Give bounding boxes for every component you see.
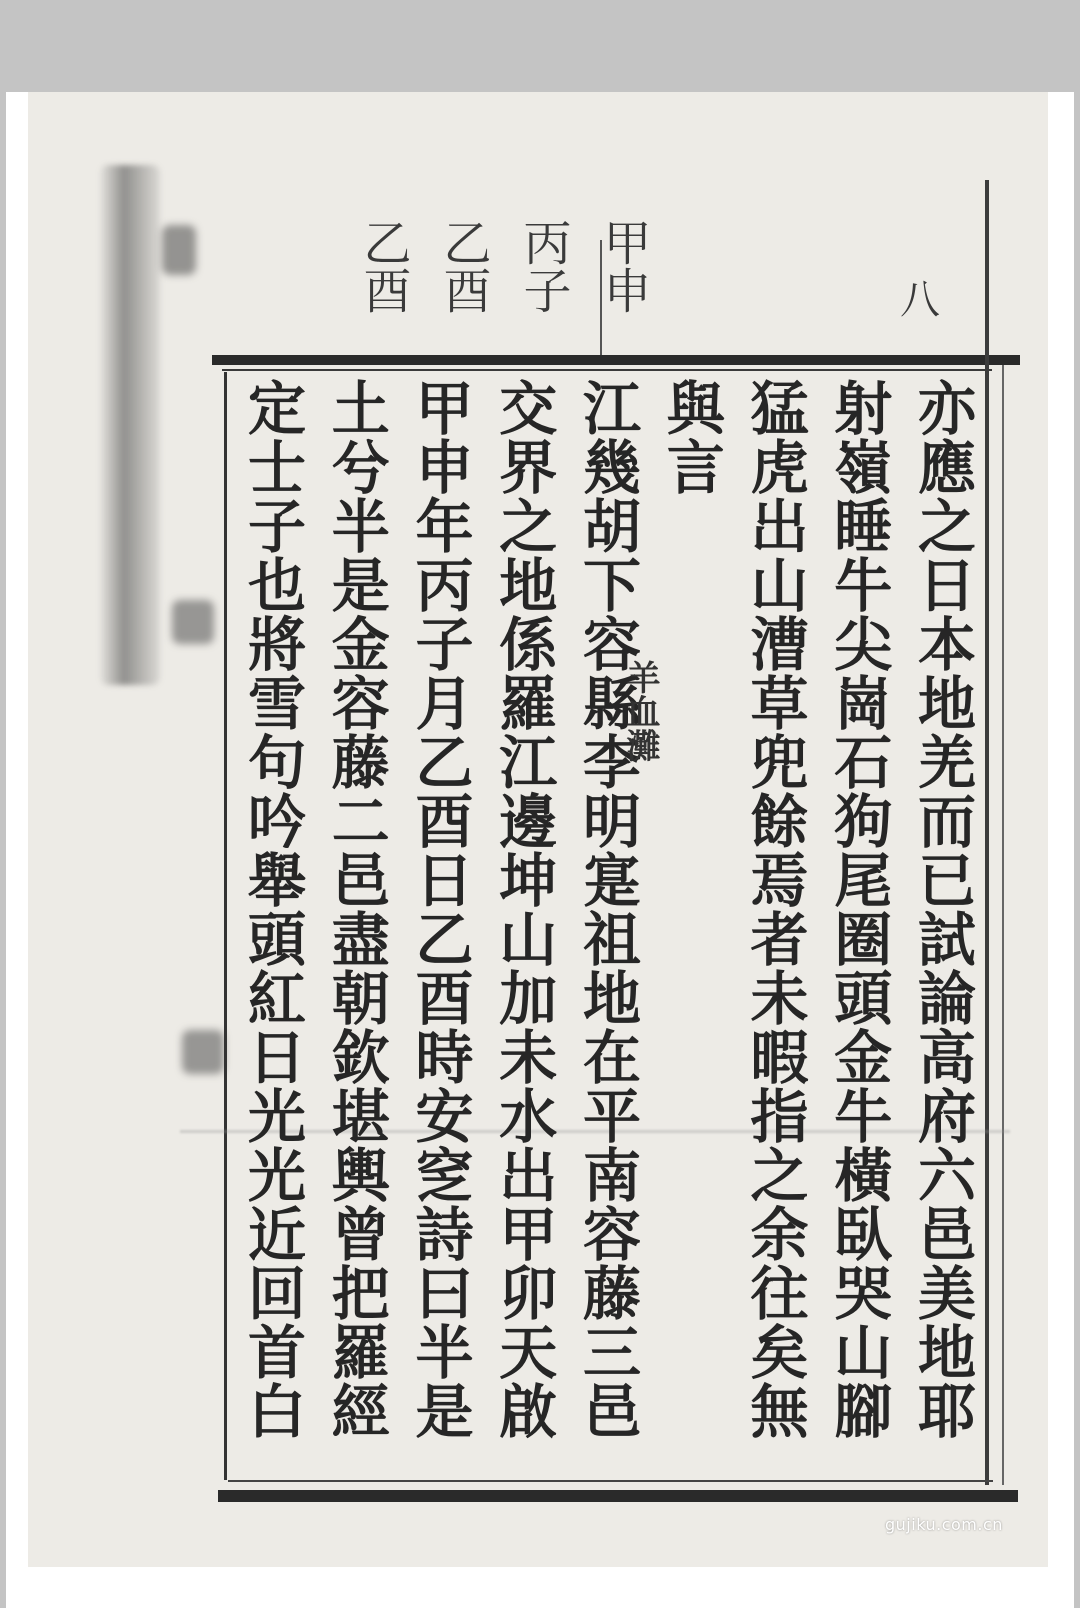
scan-blot [182, 1030, 224, 1074]
annotation-day: 乙酉 [435, 218, 491, 348]
annotation-year: 甲申 [595, 218, 651, 348]
top-gray-band [0, 0, 1080, 92]
text-column-1: 亦應之日本地羌而已試論高府六邑美地耶 [902, 378, 982, 1478]
text-column-9: 定士子也將雪句吟舉頭紅日光光近回首白 [232, 378, 312, 1478]
text-body: 亦應之日本地羌而已試論高府六邑美地耶 射嶺睡牛尖崗石狗尾圈頭金牛橫臥哭山腳 猛虎… [232, 378, 982, 1478]
scan-blot [172, 600, 214, 644]
bottom-border-thin-rule [228, 1480, 993, 1482]
right-outer-rule [1002, 365, 1004, 1485]
bottom-border-rule [218, 1490, 1018, 1502]
top-border-rule [212, 355, 1020, 365]
text-column-3: 猛虎出山漕草兜餘焉者未暇指之余往矣無 [735, 378, 815, 1478]
text-column-4: 與言 [651, 378, 731, 1478]
text-column-5: 江幾胡下容縣李明寔祖地在平南容藤三邑 [567, 378, 647, 1478]
watermark: gujiku.com.cn [885, 1515, 1003, 1534]
top-border-thin-rule [222, 369, 992, 371]
annotation-stroke [600, 240, 602, 360]
right-border-rule [985, 180, 989, 1485]
text-column-2: 射嶺睡牛尖崗石狗尾圈頭金牛橫臥哭山腳 [818, 378, 898, 1478]
text-column-7: 甲申年丙子月乙酉日乙酉時安窆詩曰半是 [400, 378, 480, 1478]
top-handwritten-annotations: 甲申 丙子 乙酉 乙酉 [355, 218, 651, 348]
left-border-rule [224, 372, 227, 1480]
text-column-6: 交界之地係羅江邊坤山加未水出甲卯天啟 [483, 378, 563, 1478]
binding-shadow [100, 165, 160, 685]
page-number: 八 [900, 268, 940, 325]
scan-blot [162, 225, 196, 275]
handwritten-margin-note: 羊血灘 [620, 660, 660, 762]
annotation-hour: 乙酉 [355, 218, 411, 348]
text-column-8: 土兮半是金容藤二邑盡朝欽堪輿曾把羅經 [316, 378, 396, 1478]
annotation-month: 丙子 [515, 218, 571, 348]
